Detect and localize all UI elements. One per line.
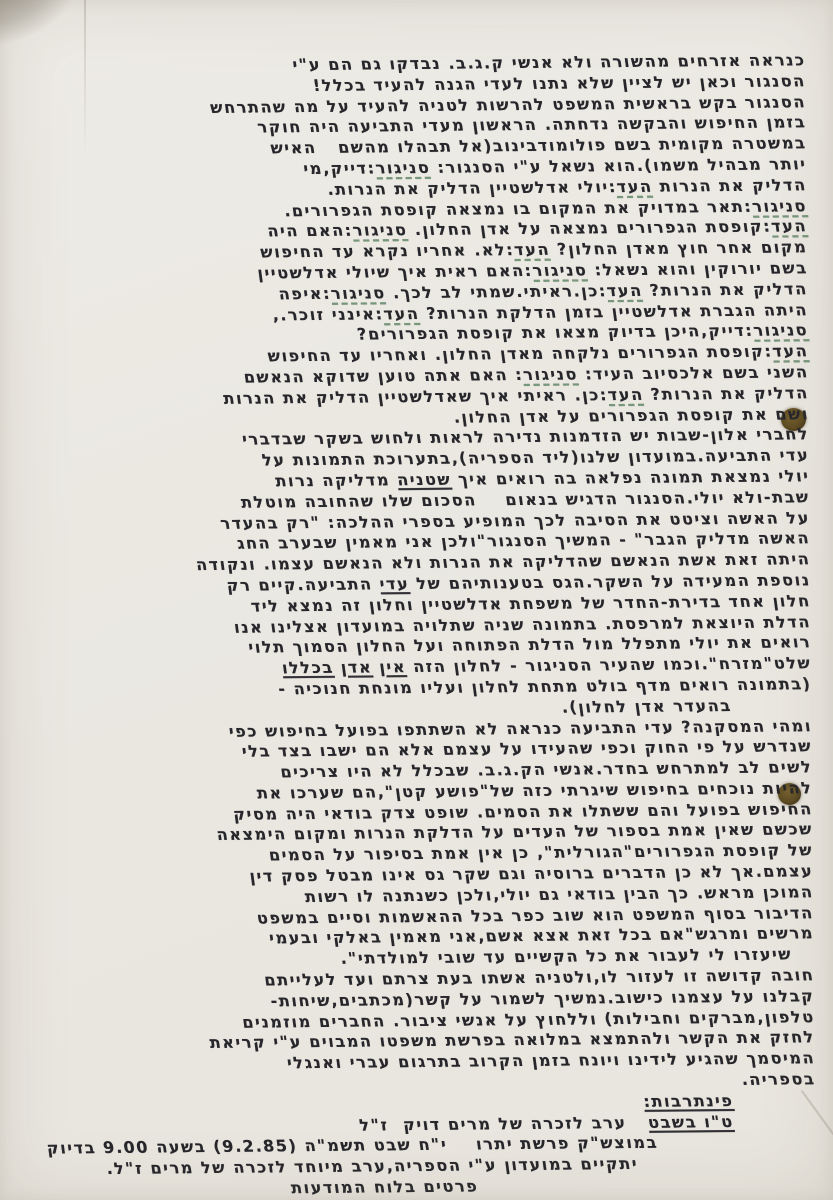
pen-mark-underline: העד [615, 177, 653, 196]
underlined-text: בכללו [281, 658, 335, 677]
underlined-text: ט"ו בשבט [647, 1112, 735, 1132]
pen-mark-underline: העד [607, 385, 645, 404]
pen-mark-underline: סניגור [374, 158, 431, 178]
document-body: כנראה אזרחים מהשורה ולא אנשי ק.ג.ב. נבדק… [1, 50, 817, 1200]
underlined-text: שטניה [396, 470, 452, 489]
pen-mark-underline: העד [770, 217, 808, 236]
underlined-text: עדי [378, 574, 410, 593]
pen-mark-underline: העד [606, 281, 644, 300]
pen-mark-underline: סניגור [531, 260, 588, 280]
underlined-text: אין [378, 657, 407, 676]
pen-mark-underline: סניגור [522, 364, 579, 384]
pen-mark-underline: העד [513, 240, 551, 259]
pen-mark-underline: סניגור [752, 321, 809, 341]
pen-mark-underline: העד [382, 304, 420, 323]
pen-mark-underline: סניגור [330, 283, 387, 303]
pen-mark-underline: סניגור [351, 220, 408, 240]
document-text: כנראה אזרחים מהשורה ולא אנשי ק.ג.ב. נבדק… [0, 0, 833, 1200]
scanned-document-page: כנראה אזרחים מהשורה ולא אנשי ק.ג.ב. נבדק… [0, 0, 833, 1200]
underlined-text: אדן [340, 658, 374, 677]
pen-mark-underline: סניגור [751, 196, 808, 216]
underlined-text: פינתרבות: [642, 1091, 735, 1111]
pen-mark-underline: העד [771, 341, 809, 360]
